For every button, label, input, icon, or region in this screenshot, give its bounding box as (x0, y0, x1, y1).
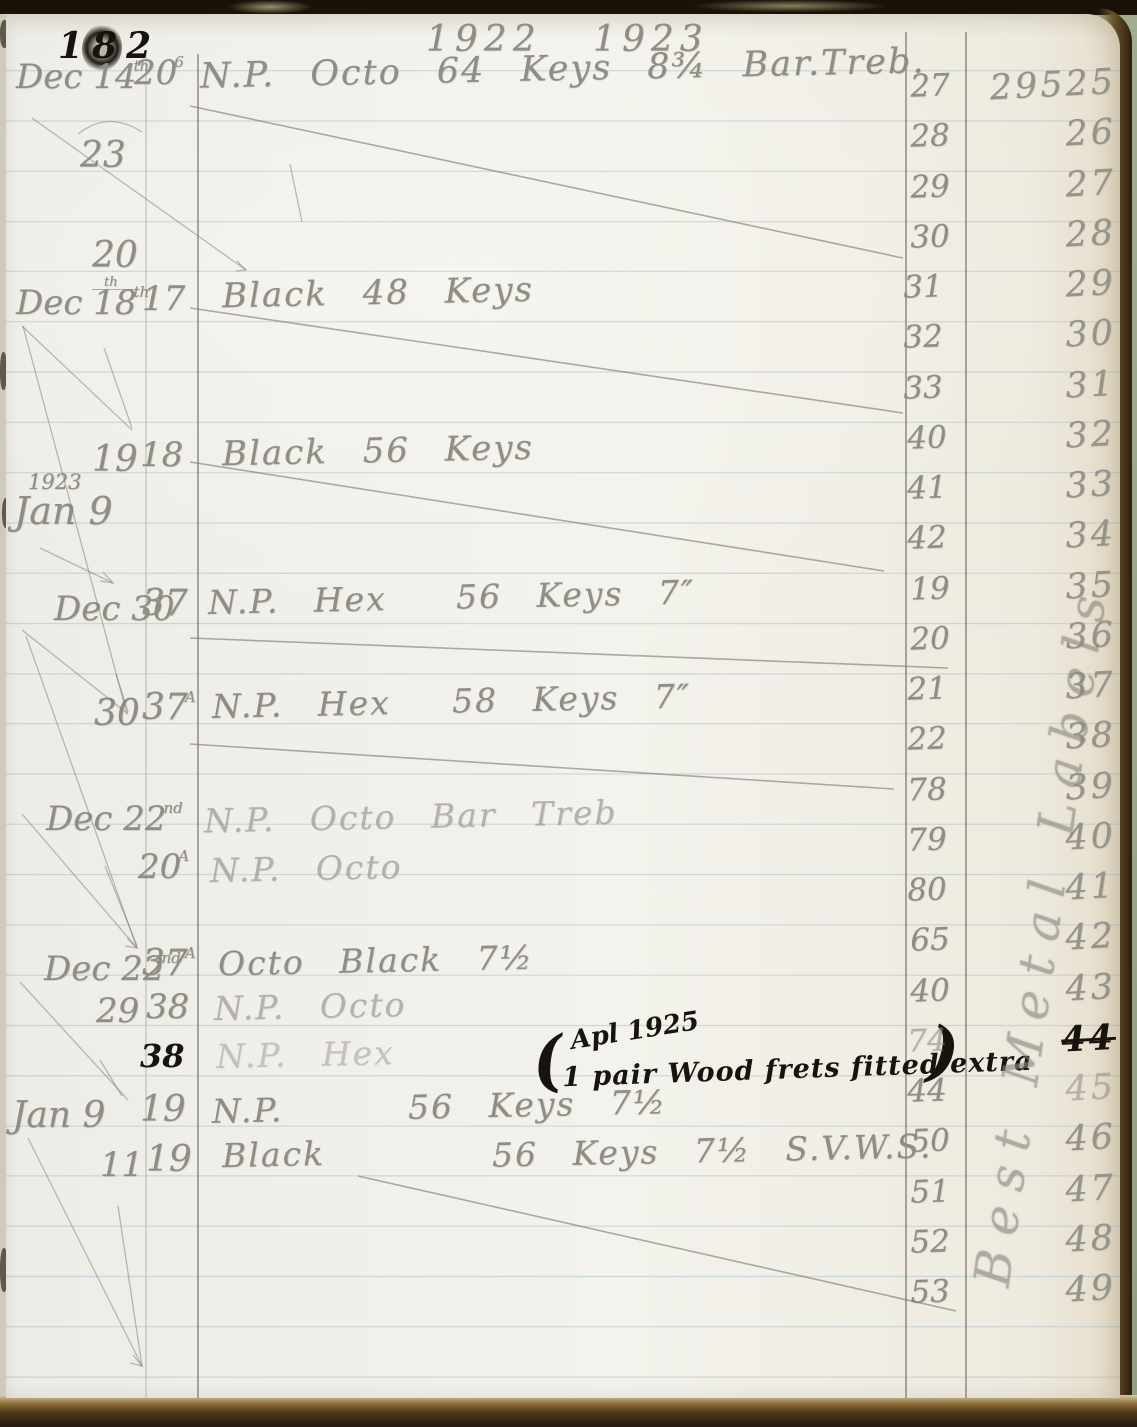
qty-cell: 53 (898, 1276, 961, 1309)
entry-date: 19 (92, 442, 138, 478)
strike-line (190, 744, 894, 789)
margin-line (32, 118, 246, 270)
serial-cell: 30 (955, 316, 1117, 359)
strike-line (190, 308, 903, 413)
entry-date: Jan 9 (14, 492, 113, 530)
serial-cell: 28 (955, 216, 1117, 259)
qty-cell: 79 (895, 824, 958, 857)
arrowhead (125, 938, 137, 948)
serial-cell: 29 (955, 266, 1117, 309)
margin-line (26, 636, 137, 948)
qty-cell: 41 (895, 472, 958, 505)
qty-cell: 30 (898, 221, 961, 254)
margin-line (118, 1206, 142, 1366)
entry-description-size: 56 Keys 7½ S.V.W.S. (492, 1129, 933, 1171)
ledger-photo: 182 1922 1923 Dec 14th 206 N.P. Octo 64 … (0, 0, 1137, 1427)
ink-note-date: Apl 1925 (569, 1008, 701, 1054)
book-top-edge (0, 0, 1137, 15)
strike-line (190, 106, 903, 258)
arrowhead (130, 1355, 142, 1366)
qty-cell: 22 (895, 723, 958, 756)
entry-description-size: 58 Keys 7″ (452, 679, 692, 717)
serial-cell: 32 (955, 417, 1117, 460)
margin-line (104, 348, 132, 428)
qty-cell: 52 (898, 1226, 961, 1259)
entry-batch-suffix: A (185, 944, 196, 962)
entry-description: Black 48 Keys (222, 273, 535, 314)
margin-line (105, 866, 137, 946)
entry-date: Dec 18th (16, 286, 149, 320)
entry-description: N.P. Hex (216, 1036, 395, 1073)
entry-date: 23 (80, 138, 126, 174)
entry-date: Dec 14th (16, 60, 149, 94)
entry-batch: 37A (142, 690, 196, 726)
qty-cell: 29 (898, 171, 961, 204)
entry-batch-suffix: A (178, 847, 189, 865)
qty-cell: 31 (891, 271, 954, 304)
qty-cell: 78 (895, 774, 958, 807)
entry-batch: 18 (140, 438, 183, 472)
column-rule-line (197, 54, 199, 1398)
serial-cell: 27 (955, 166, 1117, 209)
serial-cell: 31 (955, 367, 1117, 410)
entry-description-size: 56 Keys 7½ (408, 1085, 667, 1123)
qty-cell: 65 (898, 924, 961, 957)
entry-batch-suffix: 6 (174, 53, 184, 71)
entry-batch: 17 (142, 282, 185, 316)
entry-batch-text: 37 (142, 687, 188, 728)
qty-cell: 44 (895, 1075, 958, 1108)
serial-cell: 26 (955, 115, 1117, 158)
entry-batch-text: 20 (138, 847, 181, 887)
flourish (78, 121, 142, 134)
entry-date-text: Dec 14 (16, 57, 137, 97)
margin-line (22, 326, 132, 430)
entry-description: N.P. Octo (210, 850, 403, 887)
entry-batch: 206 (134, 56, 184, 90)
entry-description-size: 56 Keys 7″ (456, 575, 696, 613)
entry-date: 29 (96, 994, 139, 1028)
qty-cell: 40 (895, 422, 958, 455)
entry-date-text: Dec 18 (16, 283, 137, 323)
qty-cell: 21 (895, 673, 958, 706)
margin-line (290, 164, 302, 222)
entry-description: Black 56 Keys (222, 431, 535, 472)
qty-cell: 32 (891, 321, 954, 354)
entry-batch: 19 (146, 1142, 192, 1178)
arrowhead (100, 572, 113, 583)
entry-description: N.P. Hex (212, 686, 391, 723)
arrowhead (236, 261, 246, 271)
entry-date-text: 20 (92, 235, 138, 276)
book-bottom-edge (0, 1395, 1137, 1427)
entry-batch: 37A (142, 946, 196, 982)
entry-batch-suffix: A (185, 688, 196, 706)
qty-cell: 74 (895, 1025, 958, 1058)
entry-date: Jan 9 (12, 1098, 105, 1134)
entry-date: Dec 22nd (46, 802, 183, 836)
qty-cell: 80 (895, 874, 958, 907)
qty-cell: 28 (898, 120, 961, 153)
entry-description: N.P. (212, 1093, 284, 1127)
entry-description: N.P. Octo 64 Keys 8¾ Bar.Treb. (200, 44, 926, 94)
margin-line (100, 1060, 122, 1096)
ledger-page: 182 1922 1923 Dec 14th 206 N.P. Octo 64 … (6, 14, 1120, 1398)
margin-line (40, 548, 113, 583)
entry-description: N.P. Octo Bar Treb (204, 796, 618, 838)
entry-batch: 37 (142, 586, 188, 622)
entry-date-suffix: nd (164, 799, 183, 817)
qty-cell: 51 (898, 1176, 961, 1209)
qty-cell: 20 (898, 623, 961, 656)
entry-description: Black (222, 1137, 326, 1172)
entry-date: 11 (100, 1148, 143, 1182)
entry-batch: 19 (140, 1092, 186, 1128)
serial-cell: 29525 (955, 65, 1117, 108)
qty-cell: 50 (898, 1125, 961, 1158)
entry-description: Octo Black 7½ (218, 941, 534, 981)
entry-description: N.P. Hex (208, 582, 387, 619)
qty-cell: 40 (898, 975, 961, 1008)
qty-cell: 19 (898, 573, 961, 606)
entry-batch: 20A (138, 850, 189, 884)
entry-date: 30 (94, 696, 140, 732)
strike-line (190, 638, 948, 668)
entry-batch-text: 37 (142, 943, 188, 984)
qty-cell: 42 (895, 522, 958, 555)
serial-cell: 34 (955, 517, 1117, 560)
qty-cell: 33 (891, 372, 954, 405)
qty-cell: 27 (898, 70, 961, 103)
entry-date-text: Dec 22 (46, 799, 167, 839)
entry-batch: 38 (146, 990, 189, 1024)
entry-batch-text: 20 (134, 53, 177, 93)
strike-line (190, 462, 884, 571)
entry-description: N.P. Octo (214, 988, 407, 1025)
strike-line (358, 1176, 956, 1311)
entry-batch-ink: 38 (140, 1040, 185, 1072)
serial-cell: 33 (955, 467, 1117, 510)
